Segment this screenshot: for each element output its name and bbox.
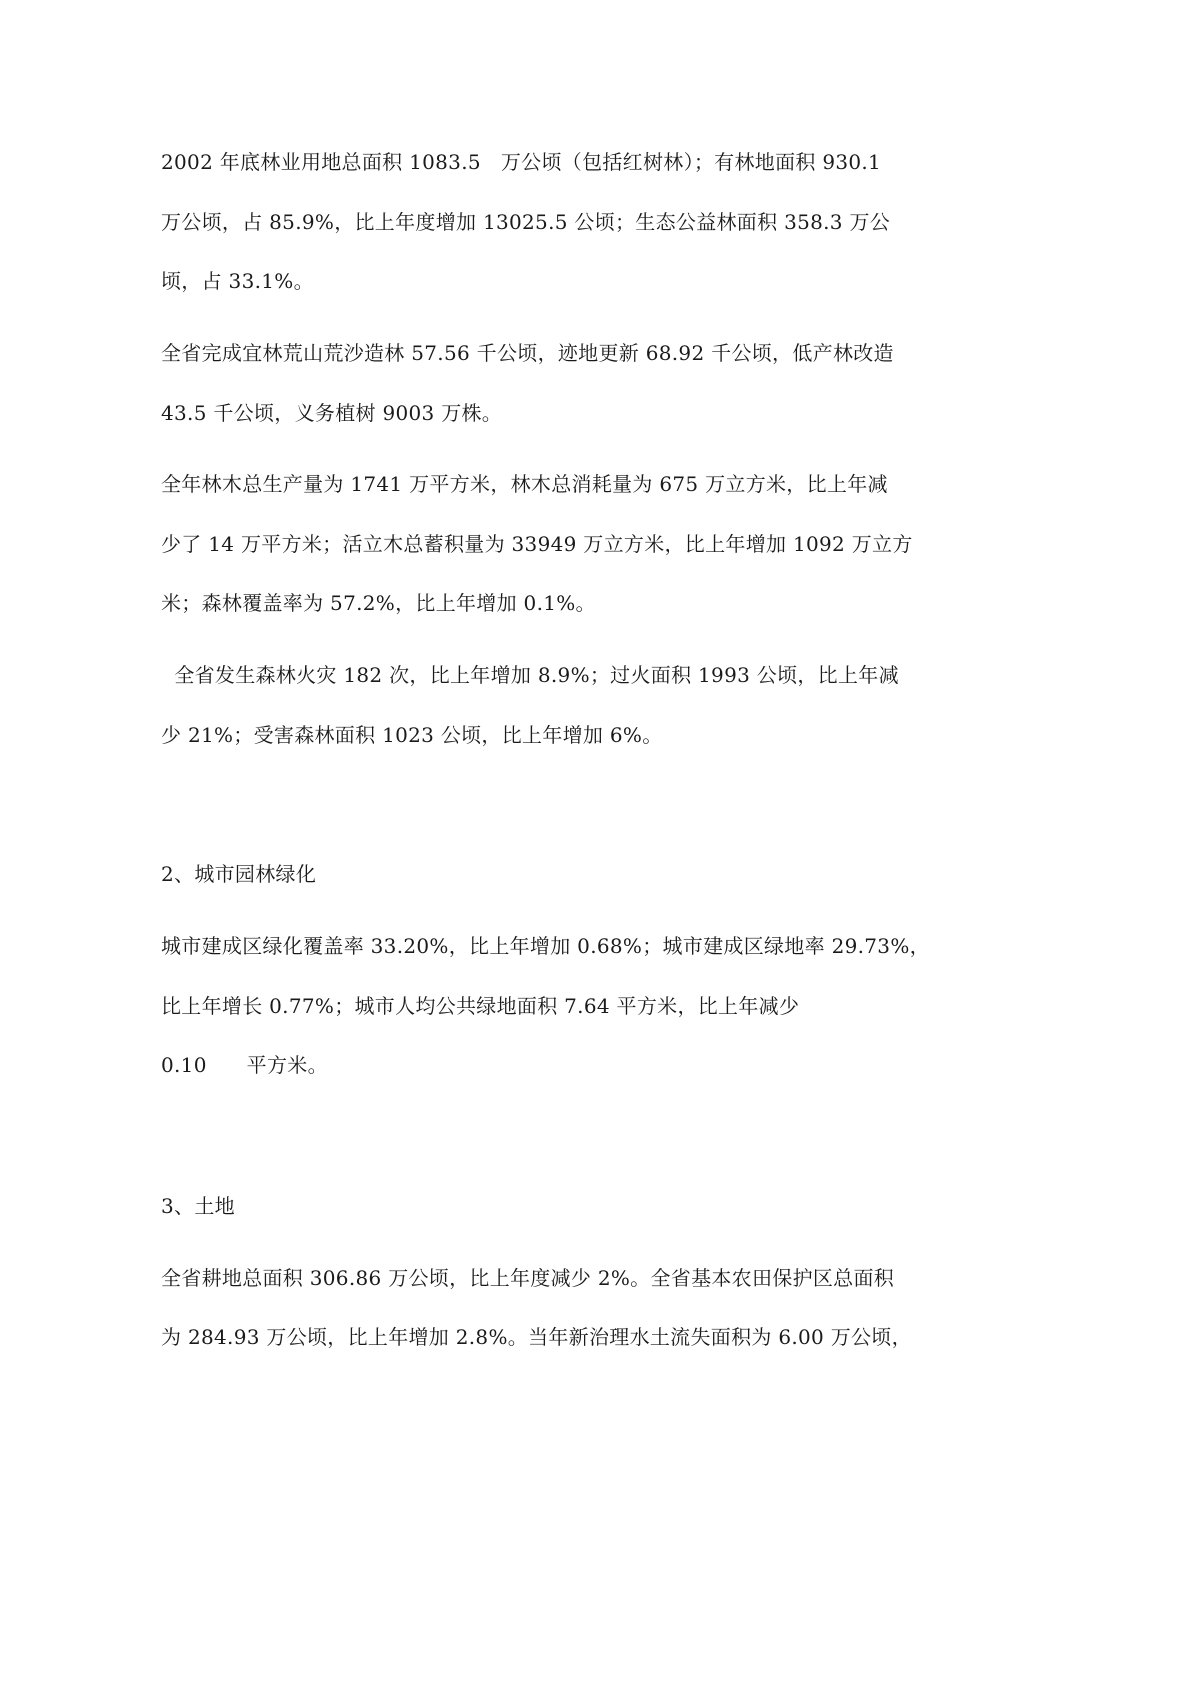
section-3-heading: 3、土地 (161, 1193, 235, 1219)
text-line: 比上年增长 0.77%；城市人均公共绿地面积 7.64 平方米，比上年减少 (161, 993, 799, 1019)
text-line: 全省发生森林火灾 182 次，比上年增加 8.9%；过火面积 1993 公顷，比… (161, 662, 899, 688)
text-line: 城市建成区绿化覆盖率 33.20%，比上年增加 0.68%；城市建成区绿地率 2… (161, 933, 930, 959)
text-line: 少 21%；受害森林面积 1023 公顷，比上年增加 6%。 (161, 722, 663, 748)
text-line: 万公顷，占 85.9%，比上年度增加 13025.5 公顷；生态公益林面积 35… (161, 209, 890, 235)
text-line: 顷，占 33.1%。 (161, 268, 314, 294)
text-line: 全省耕地总面积 306.86 万公顷，比上年度减少 2%。全省基本农田保护区总面… (161, 1265, 894, 1291)
text-line: 米；森林覆盖率为 57.2%，比上年增加 0.1%。 (161, 590, 596, 616)
text-line: 全省完成宜林荒山荒沙造林 57.56 千公顷，迹地更新 68.92 千公顷，低产… (161, 340, 894, 366)
text-line: 0.10 平方米。 (161, 1052, 328, 1078)
text-line: 少了 14 万平方米；活立木总蓄积量为 33949 万立方米，比上年增加 109… (161, 531, 913, 557)
text-line: 2002 年底林业用地总面积 1083.5 万公顷（包括红树林）；有林地面积 9… (161, 149, 881, 175)
text-line: 为 284.93 万公顷，比上年增加 2.8%。当年新治理水土流失面积为 6.0… (161, 1324, 912, 1350)
section-2-heading: 2、城市园林绿化 (161, 861, 316, 887)
text-line: 全年林木总生产量为 1741 万平方米，林木总消耗量为 675 万立方米，比上年… (161, 471, 888, 497)
text-line: 43.5 千公顷，义务植树 9003 万株。 (161, 400, 502, 426)
